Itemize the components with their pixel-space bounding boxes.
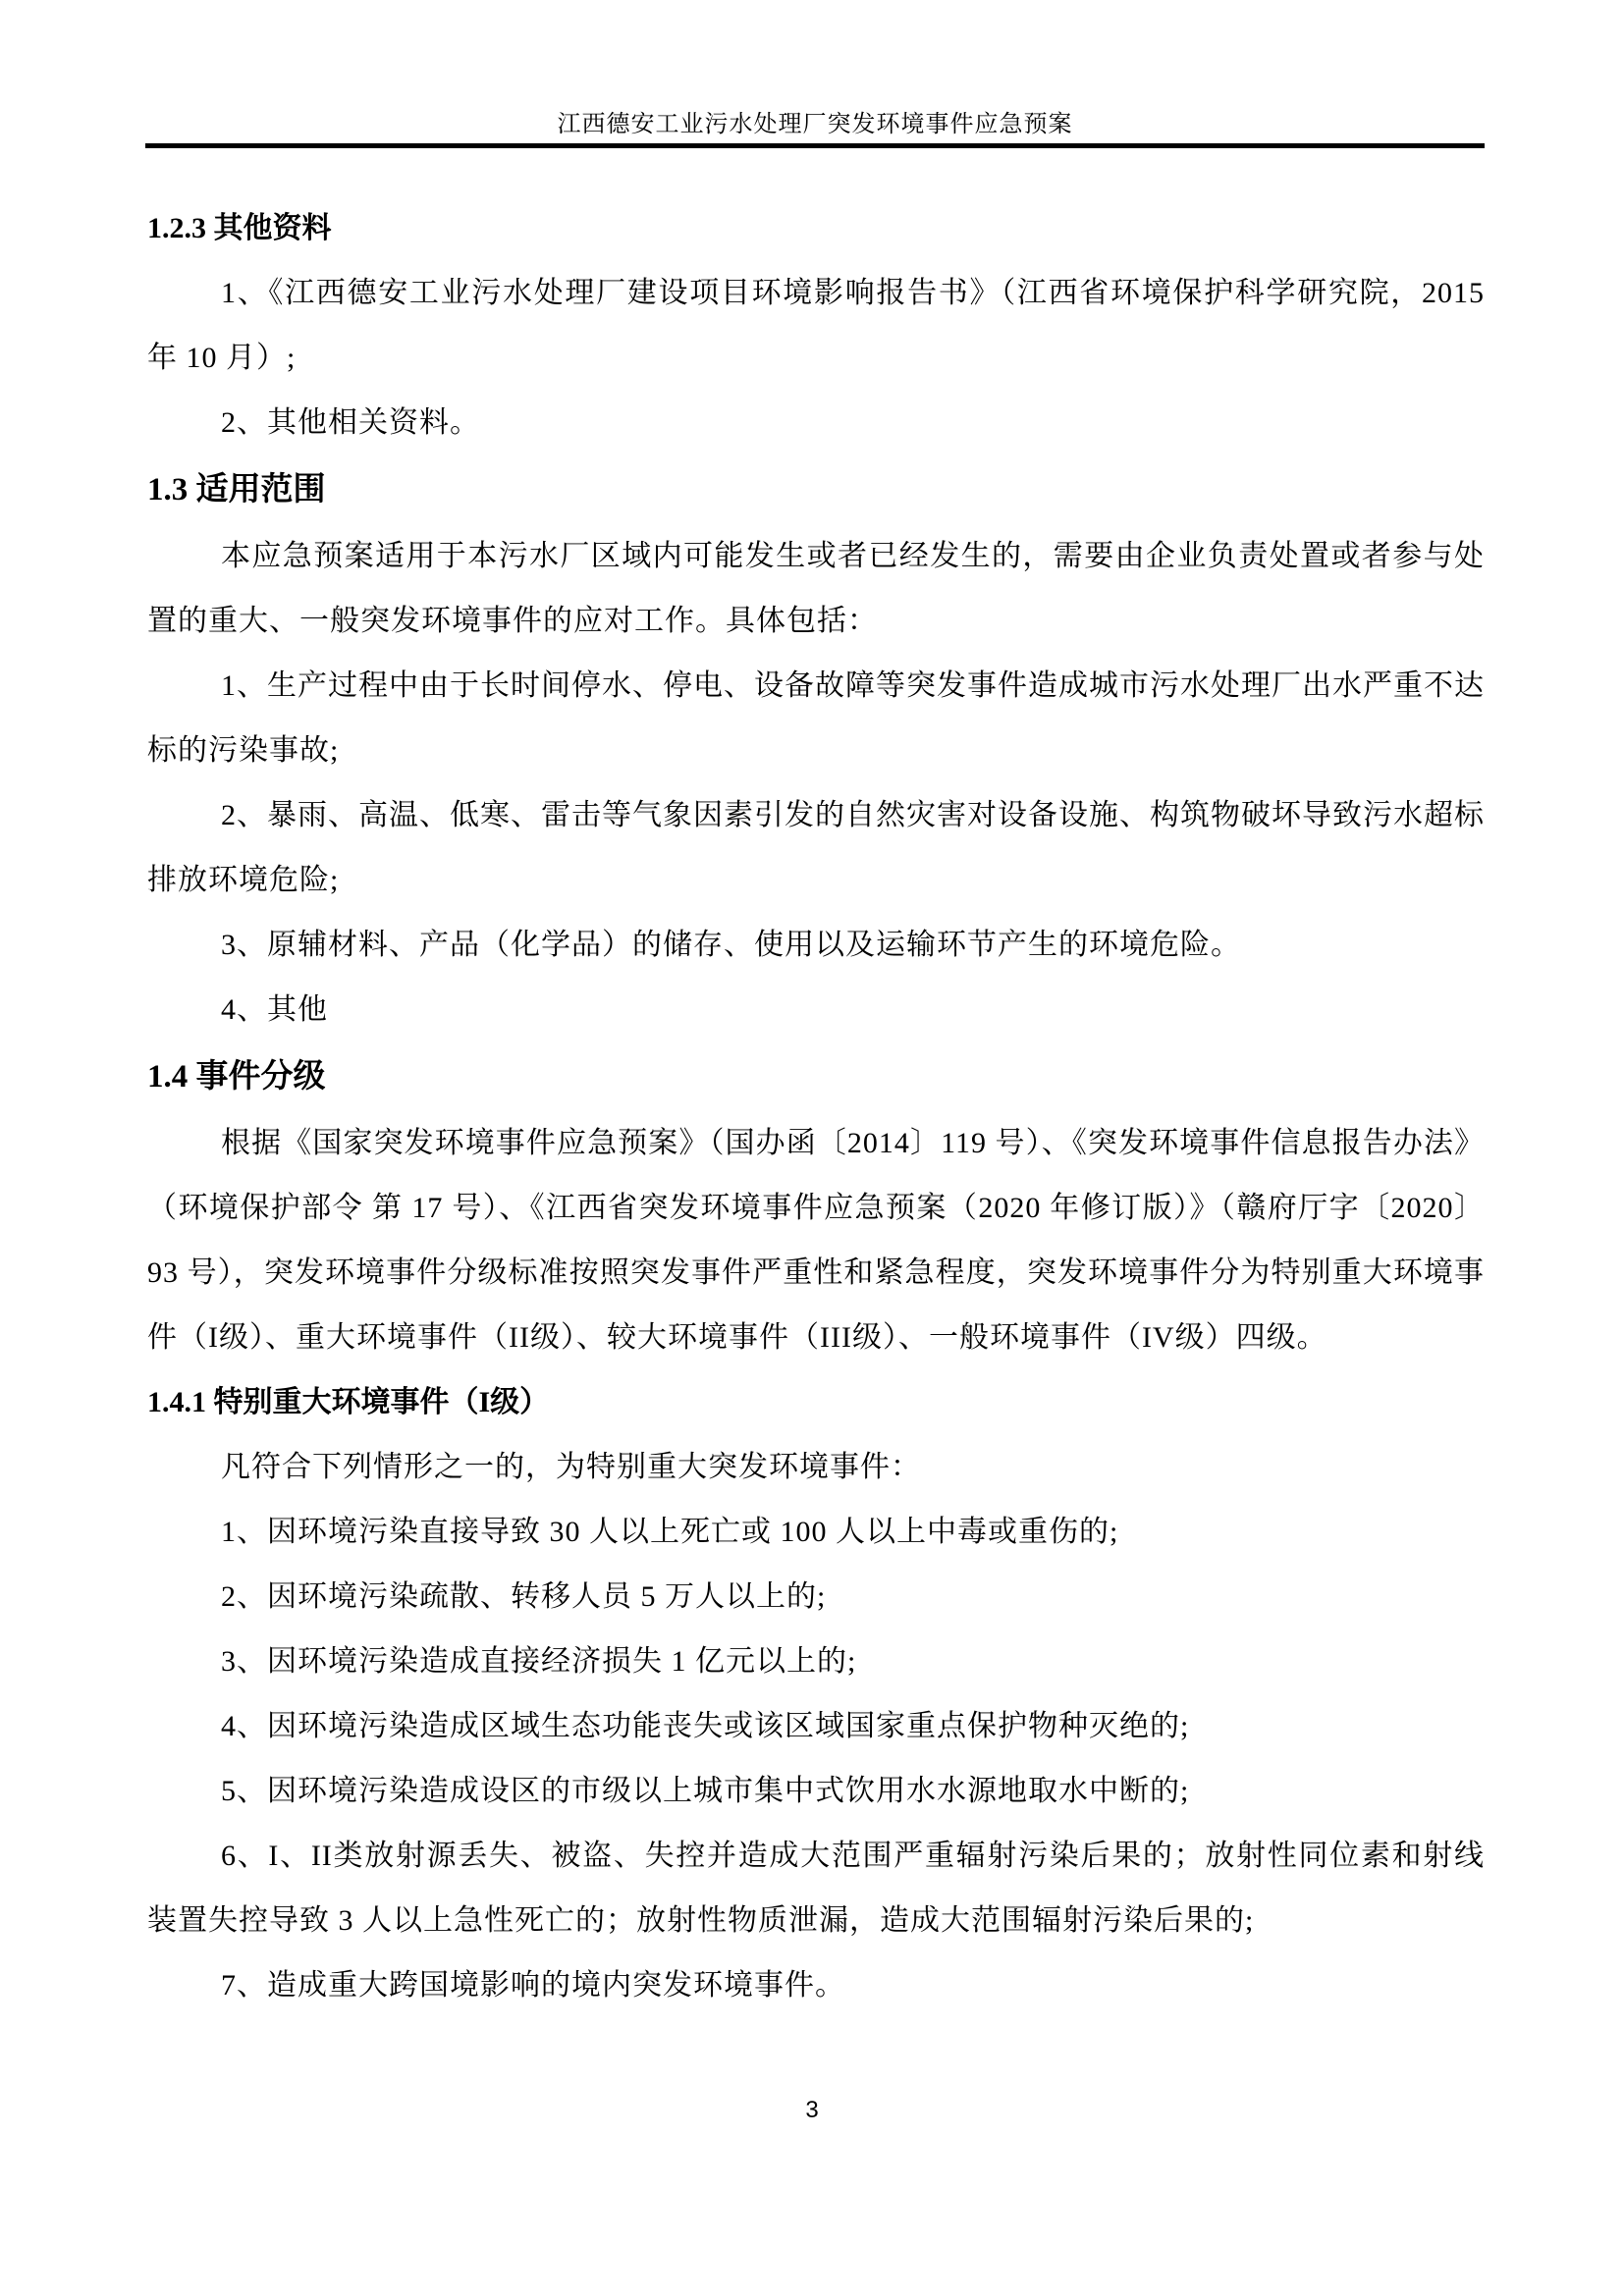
paragraph-grading-basis: 根据《国家突发环境事件应急预案》（国办函〔2014〕119 号）、《突发环境事件… [147, 1111, 1485, 1370]
paragraph-level1-intro: 凡符合下列情形之一的，为特别重大突发环境事件： [147, 1435, 1485, 1500]
paragraph-level1-item-6: 6、I、II类放射源丢失、被盗、失控并造成大范围严重辐射污染后果的；放射性同位素… [147, 1824, 1485, 1953]
paragraph-level1-item-2: 2、因环境污染疏散、转移人员 5 万人以上的; [147, 1565, 1485, 1629]
section-heading-1-3: 1.3 适用范围 [147, 455, 1485, 524]
paragraph-reference-1: 1、《江西德安工业污水处理厂建设项目环境影响报告书》（江西省环境保护科学研究院，… [147, 261, 1485, 391]
paragraph-scope-item-1: 1、生产过程中由于长时间停水、停电、设备故障等突发事件造成城市污水处理厂出水严重… [147, 654, 1485, 783]
page-header: 江西德安工业污水处理厂突发环境事件应急预案 [145, 0, 1485, 148]
paragraph-level1-item-7: 7、造成重大跨国境影响的境内突发环境事件。 [147, 1953, 1485, 2018]
paragraph-level1-item-5: 5、因环境污染造成设区的市级以上城市集中式饮用水水源地取水中断的; [147, 1759, 1485, 1824]
section-heading-1-4-1: 1.4.1 特别重大环境事件（I级） [147, 1370, 1485, 1435]
paragraph-scope-item-2: 2、暴雨、高温、低寒、雷击等气象因素引发的自然灾害对设备设施、构筑物破坏导致污水… [147, 783, 1485, 913]
paragraph-level1-item-1: 1、因环境污染直接导致 30 人以上死亡或 100 人以上中毒或重伤的; [147, 1500, 1485, 1565]
paragraph-scope-item-3: 3、原辅材料、产品（化学品）的储存、使用以及运输环节产生的环境危险。 [147, 913, 1485, 978]
header-rule-divider [145, 143, 1485, 148]
paragraph-reference-2: 2、其他相关资料。 [147, 391, 1485, 455]
document-header-title: 江西德安工业污水处理厂突发环境事件应急预案 [145, 110, 1485, 139]
paragraph-level1-item-3: 3、因环境污染造成直接经济损失 1 亿元以上的; [147, 1629, 1485, 1694]
paragraph-scope-intro: 本应急预案适用于本污水厂区域内可能发生或者已经发生的，需要由企业负责处置或者参与… [147, 524, 1485, 654]
paragraph-level1-item-4: 4、因环境污染造成区域生态功能丧失或该区域国家重点保护物种灭绝的; [147, 1694, 1485, 1759]
page-number: 3 [805, 2097, 818, 2123]
section-heading-1-2-3: 1.2.3 其他资料 [147, 196, 1485, 261]
section-heading-1-4: 1.4 事件分级 [147, 1042, 1485, 1111]
page-footer: 3 [0, 2097, 1624, 2124]
document-body: 1.2.3 其他资料 1、《江西德安工业污水处理厂建设项目环境影响报告书》（江西… [147, 196, 1485, 2018]
paragraph-scope-item-4: 4、其他 [147, 978, 1485, 1042]
